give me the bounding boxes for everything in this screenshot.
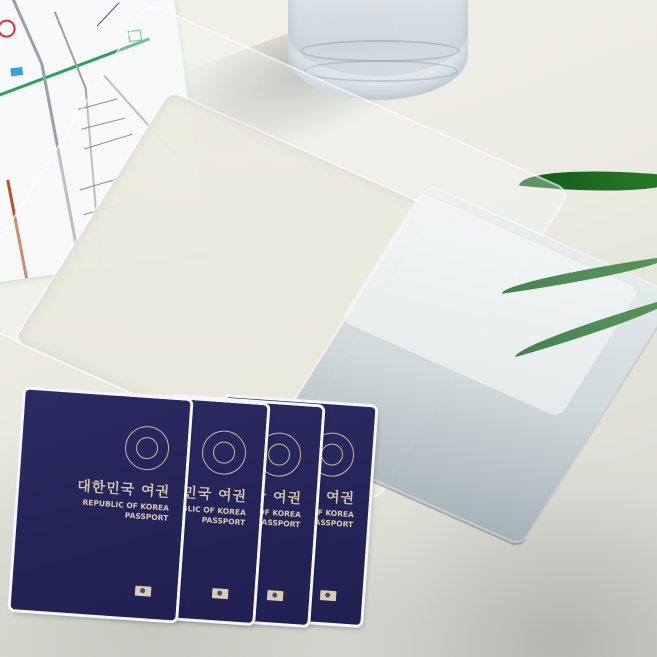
passport-english-title: REPUBLIC OF KOREA PASSPORT [82, 498, 170, 524]
biometric-chip-icon [135, 586, 152, 597]
biometric-chip-icon [267, 590, 284, 601]
jar-rim [300, 40, 460, 62]
product-photo: 대한민국 여권 REPUBLIC OF KOREA PASSPORT 대한민국 … [0, 0, 657, 657]
biometric-chip-icon [320, 590, 337, 601]
national-emblem-icon [201, 429, 248, 476]
national-emblem-icon [124, 425, 171, 472]
passport: 대한민국 여권 REPUBLIC OF KOREA PASSPORT [11, 390, 191, 621]
biometric-chip-icon [212, 588, 229, 599]
jar-rim [304, 60, 458, 82]
